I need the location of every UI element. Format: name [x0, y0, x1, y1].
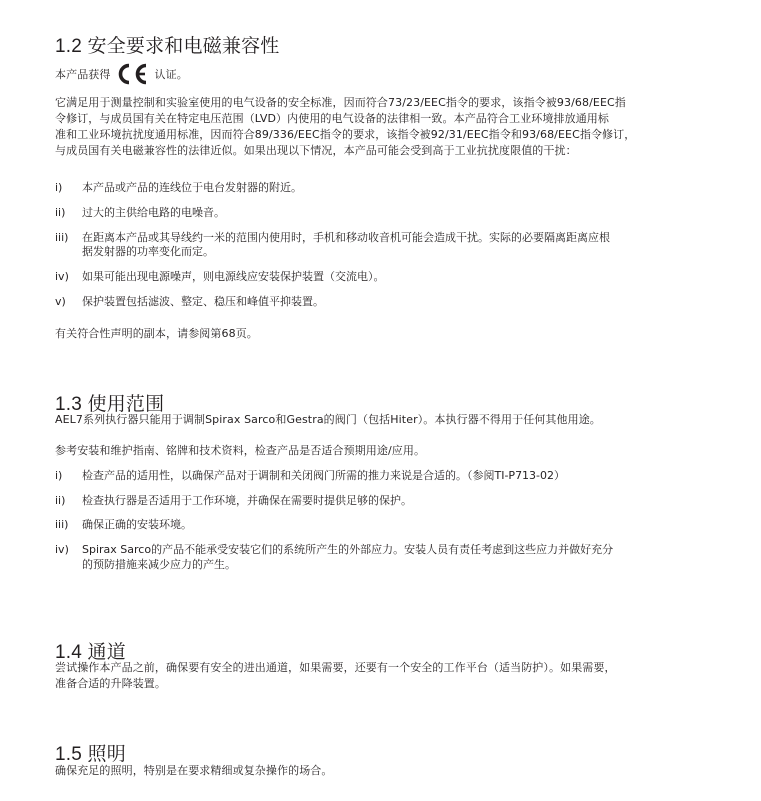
list-text: Spirax Sarco的产品不能承受安装它们的系统所产生的外部应力。安装人员有… — [82, 542, 613, 558]
list-text: 如果可能出现电源噪声，则电源线应安装保护装置（交流电）。 — [82, 269, 385, 285]
paragraph-line: 准备合适的升降装置。 — [55, 676, 616, 692]
list-number: iv) — [55, 542, 81, 558]
list-text: 过大的主供给电路的电噪音。 — [82, 205, 225, 221]
paragraph-line: 它满足用于测量控制和实验室使用的电气设备的安全标准，因而符合73/23/EEC指… — [55, 95, 635, 111]
list-item: iv) Spirax Sarco的产品不能承受安装它们的系统所产生的外部应力。安… — [55, 542, 81, 558]
list-item: iv) 如果可能出现电源噪声，则电源线应安装保护装置（交流电）。 — [55, 269, 81, 285]
section-1-2-heading: 1.2 安全要求和电磁兼容性 — [55, 36, 280, 58]
ce-suffix: 认证。 — [155, 68, 188, 81]
ce-certification-line: 本产品获得认证。 — [55, 64, 188, 86]
list-number: ii) — [55, 493, 81, 509]
list-item: iii) 在距离本产品或其导线约一米的范围内使用时，手机和移动收音机可能会造成干… — [55, 230, 81, 246]
list-item: ii) 检查执行器是否适用于工作环境，并确保在需要时提供足够的保护。 — [55, 493, 81, 509]
list-number: iii) — [55, 517, 81, 533]
list-number: iii) — [55, 230, 81, 246]
section-1-4-paragraph: 尝试操作本产品之前，确保要有安全的进出通道，如果需要，还要有一个安全的工作平台（… — [55, 660, 616, 692]
list-number: i) — [55, 180, 81, 196]
section-1-5-paragraph: 确保充足的照明，特别是在要求精细或复杂操作的场合。 — [55, 763, 333, 779]
declaration-reference: 有关符合性声明的副本，请参阅第68页。 — [55, 326, 258, 342]
list-item: i) 本产品或产品的连线位于电台发射器的附近。 — [55, 180, 81, 196]
section-1-3-intro: AEL7系列执行器只能用于调制Spirax Sarco和Gestra的阀门（包括… — [55, 412, 601, 428]
list-number: ii) — [55, 205, 81, 221]
list-item: ii) 过大的主供给电路的电噪音。 — [55, 205, 81, 221]
list-text: 检查执行器是否适用于工作环境，并确保在需要时提供足够的保护。 — [82, 493, 412, 509]
list-number: v) — [55, 294, 81, 310]
list-text: 检查产品的适用性，以确保产品对于调制和关闭阀门所需的推力来说是合适的。（参阅TI… — [82, 468, 565, 484]
ce-mark-icon — [115, 63, 149, 83]
list-number: iv) — [55, 269, 81, 285]
paragraph-line: 令修订，与成员国有关在特定电压范围（LVD）内使用的电气设备的法律相一致。本产品… — [55, 111, 635, 127]
paragraph-line: 尝试操作本产品之前，确保要有安全的进出通道，如果需要，还要有一个安全的工作平台（… — [55, 660, 616, 676]
section-1-3-paragraph: 参考安装和维护指南、铭牌和技术资料，检查产品是否适合预期用途/应用。 — [55, 443, 425, 459]
list-item: iii) 确保正确的安装环境。 — [55, 517, 81, 533]
list-item: i) 检查产品的适用性，以确保产品对于调制和关闭阀门所需的推力来说是合适的。（参… — [55, 468, 81, 484]
list-text-continued: 的预防措施来减少应力的产生。 — [82, 557, 236, 573]
list-text: 本产品或产品的连线位于电台发射器的附近。 — [82, 180, 302, 196]
list-item: v) 保护装置包括滤波、整定、稳压和峰值平抑装置。 — [55, 294, 81, 310]
list-text-continued: 据发射器的功率变化而定。 — [82, 244, 214, 260]
section-1-2-paragraph: 它满足用于测量控制和实验室使用的电气设备的安全标准，因而符合73/23/EEC指… — [55, 95, 635, 159]
paragraph-line: 与成员国有关电磁兼容性的法律近似。如果出现以下情况，本产品可能会受到高于工业抗扰… — [55, 143, 635, 159]
list-text: 确保正确的安装环境。 — [82, 517, 192, 533]
list-text: 保护装置包括滤波、整定、稳压和峰值平抑装置。 — [82, 294, 324, 310]
ce-prefix: 本产品获得 — [55, 68, 111, 81]
paragraph-line: 准和工业环境抗扰度通用标准，因而符合89/336/EEC指令的要求，该指令被92… — [55, 127, 635, 143]
list-number: i) — [55, 468, 81, 484]
